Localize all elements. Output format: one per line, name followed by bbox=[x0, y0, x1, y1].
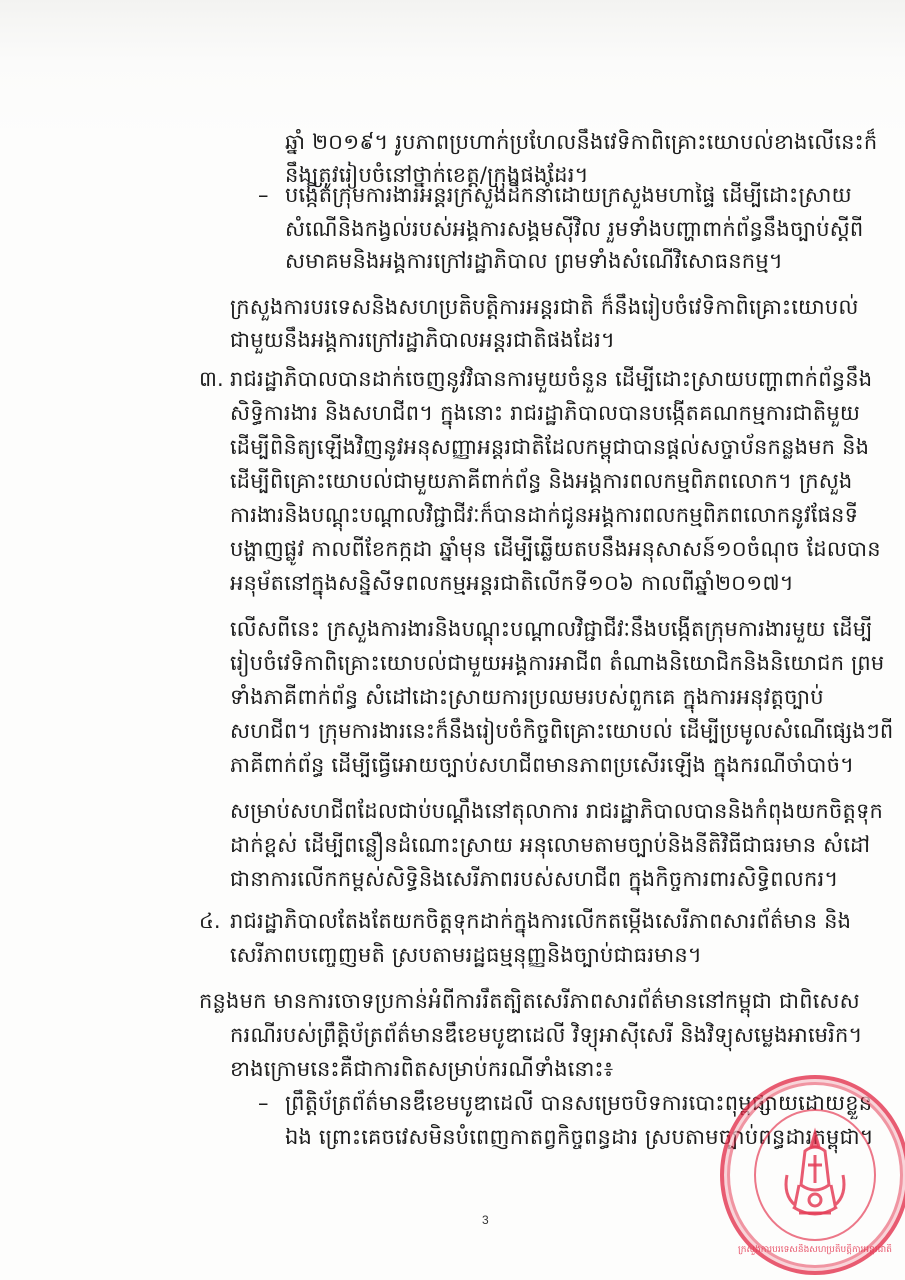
bullet1-line-3: សមាគមនិងអង្គការក្រៅរដ្ឋាភិបាល ព្រមទាំងសំ… bbox=[285, 246, 783, 276]
page-number: 3 bbox=[482, 1213, 489, 1227]
official-stamp: ក្រសួងការបរទេសនិងសហប្រតិបត្តិការអន្តរជាត… bbox=[720, 1075, 905, 1275]
item3-line-3: ដើម្បីពិនិត្យឡើងវិញនូវអនុសញ្ញាអន្តរជាតិដ… bbox=[230, 432, 869, 462]
past-line-3: ខាងក្រោមនេះគឺជាការពិតសម្រាប់ករណីទាំងនោះ៖ bbox=[230, 1054, 613, 1084]
item4-line-1: រាជរដ្ឋាភិបាលតែងតែយកចិត្តទុកដាក់ក្នុងការ… bbox=[230, 906, 851, 936]
item-number-4: ៤. bbox=[199, 906, 221, 936]
item3-line-5: ការងារនិងបណ្តុះបណ្តាលវិជ្ជាជីវៈក៏បានដាក់… bbox=[230, 500, 858, 530]
bullet1-line-2: សំណើនិងកង្វល់របស់អង្គការសង្គមស៊ីវិល រួមទ… bbox=[285, 214, 863, 244]
item3-line-6: បង្ហាញផ្លូវ កាលពីខែកក្កដា ឆ្នាំមុន ដើម្ប… bbox=[230, 534, 881, 564]
besides-line-3: ទាំងភាគីពាក់ព័ន្ធ សំដៅដោះស្រាយការប្រឈមរប… bbox=[230, 682, 824, 712]
bullet-dash: – bbox=[258, 180, 269, 210]
besides-line-5: ភាគីពាក់ព័ន្ធ ដើម្បីធ្វើអោយច្បាប់សហជីពមា… bbox=[230, 750, 854, 780]
royal-emblem-icon bbox=[775, 1125, 855, 1225]
bullet1-line-1: បង្កើតក្រុមការងារអន្តរក្រសួងដឹកនាំដោយក្រ… bbox=[285, 180, 852, 210]
foreign-affairs-line-2: ជាមួយនឹងអង្គការក្រៅរដ្ឋាភិបាលអន្តរជាតិផង… bbox=[230, 325, 615, 355]
continuation-line-1: ឆ្នាំ ២០១៩។ រូបភាពប្រហាក់ប្រហែលនឹងវេទិកា… bbox=[285, 127, 865, 157]
item4-line-2: សេរីភាពបញ្ចេញមតិ ស្របតាមរដ្ឋធម្មនុញ្ញនិង… bbox=[230, 940, 702, 970]
past-line-2: ករណីរបស់ព្រឹត្តិប័ត្រព័ត៌មានឌឹខេមបូឌាដេល… bbox=[230, 1020, 863, 1050]
item3-line-1: រាជរដ្ឋាភិបាលបានដាក់ចេញនូវវិធានការមួយចំន… bbox=[230, 364, 872, 394]
bullet-dash: – bbox=[258, 1088, 269, 1118]
besides-line-2: រៀបចំវេទិកាពិគ្រោះយោបល់ជាមួយអង្គការអាជីព… bbox=[230, 648, 884, 678]
document-page: ឆ្នាំ ២០១៩។ រូបភាពប្រហាក់ប្រហែលនឹងវេទិកា… bbox=[0, 0, 905, 1280]
item3-line-4: ដើម្បីពិគ្រោះយោបល់ជាមួយភាគីពាក់ព័ន្ធ និង… bbox=[230, 466, 852, 496]
unions-line-1: សម្រាប់សហជីពដែលជាប់បណ្តឹងនៅតុលាការ រាជរដ… bbox=[230, 796, 883, 826]
item3-line-7: អនុម័តនៅក្នុងសន្និសីទពលកម្មអន្តរជាតិលើកទ… bbox=[230, 568, 794, 598]
item-number-3: ៣. bbox=[199, 364, 224, 394]
besides-line-1: លើសពីនេះ ក្រសួងការងារនិងបណ្តុះបណ្តាលវិជ្… bbox=[230, 614, 873, 644]
besides-line-4: សហជីព។ ក្រុមការងារនេះក៏នឹងរៀបចំកិច្ចពិគ្… bbox=[230, 716, 893, 746]
item3-line-2: សិទ្ធិការងារ និងសហជីព។ ក្នុងនោះ រាជរដ្ឋា… bbox=[230, 398, 860, 428]
unions-line-3: ជានាការលើកកម្ពស់សិទ្ធិនិងសេរីភាពរបស់សហជី… bbox=[230, 864, 838, 894]
stamp-text: ក្រសួងការបរទេសនិងសហប្រតិបត្តិការអន្តរជាត… bbox=[724, 1244, 905, 1257]
past-line-1: កន្លងមក មានការចោទប្រកាន់អំពីការរឹតត្បិតស… bbox=[199, 986, 860, 1016]
foreign-affairs-line-1: ក្រសួងការបរទេសនិងសហប្រតិបត្តិការអន្តរជាត… bbox=[230, 292, 859, 322]
unions-line-2: ដាក់ខ្ពស់ ដើម្បីពន្លឿនដំណោះស្រាយ អនុលោមត… bbox=[230, 830, 870, 860]
